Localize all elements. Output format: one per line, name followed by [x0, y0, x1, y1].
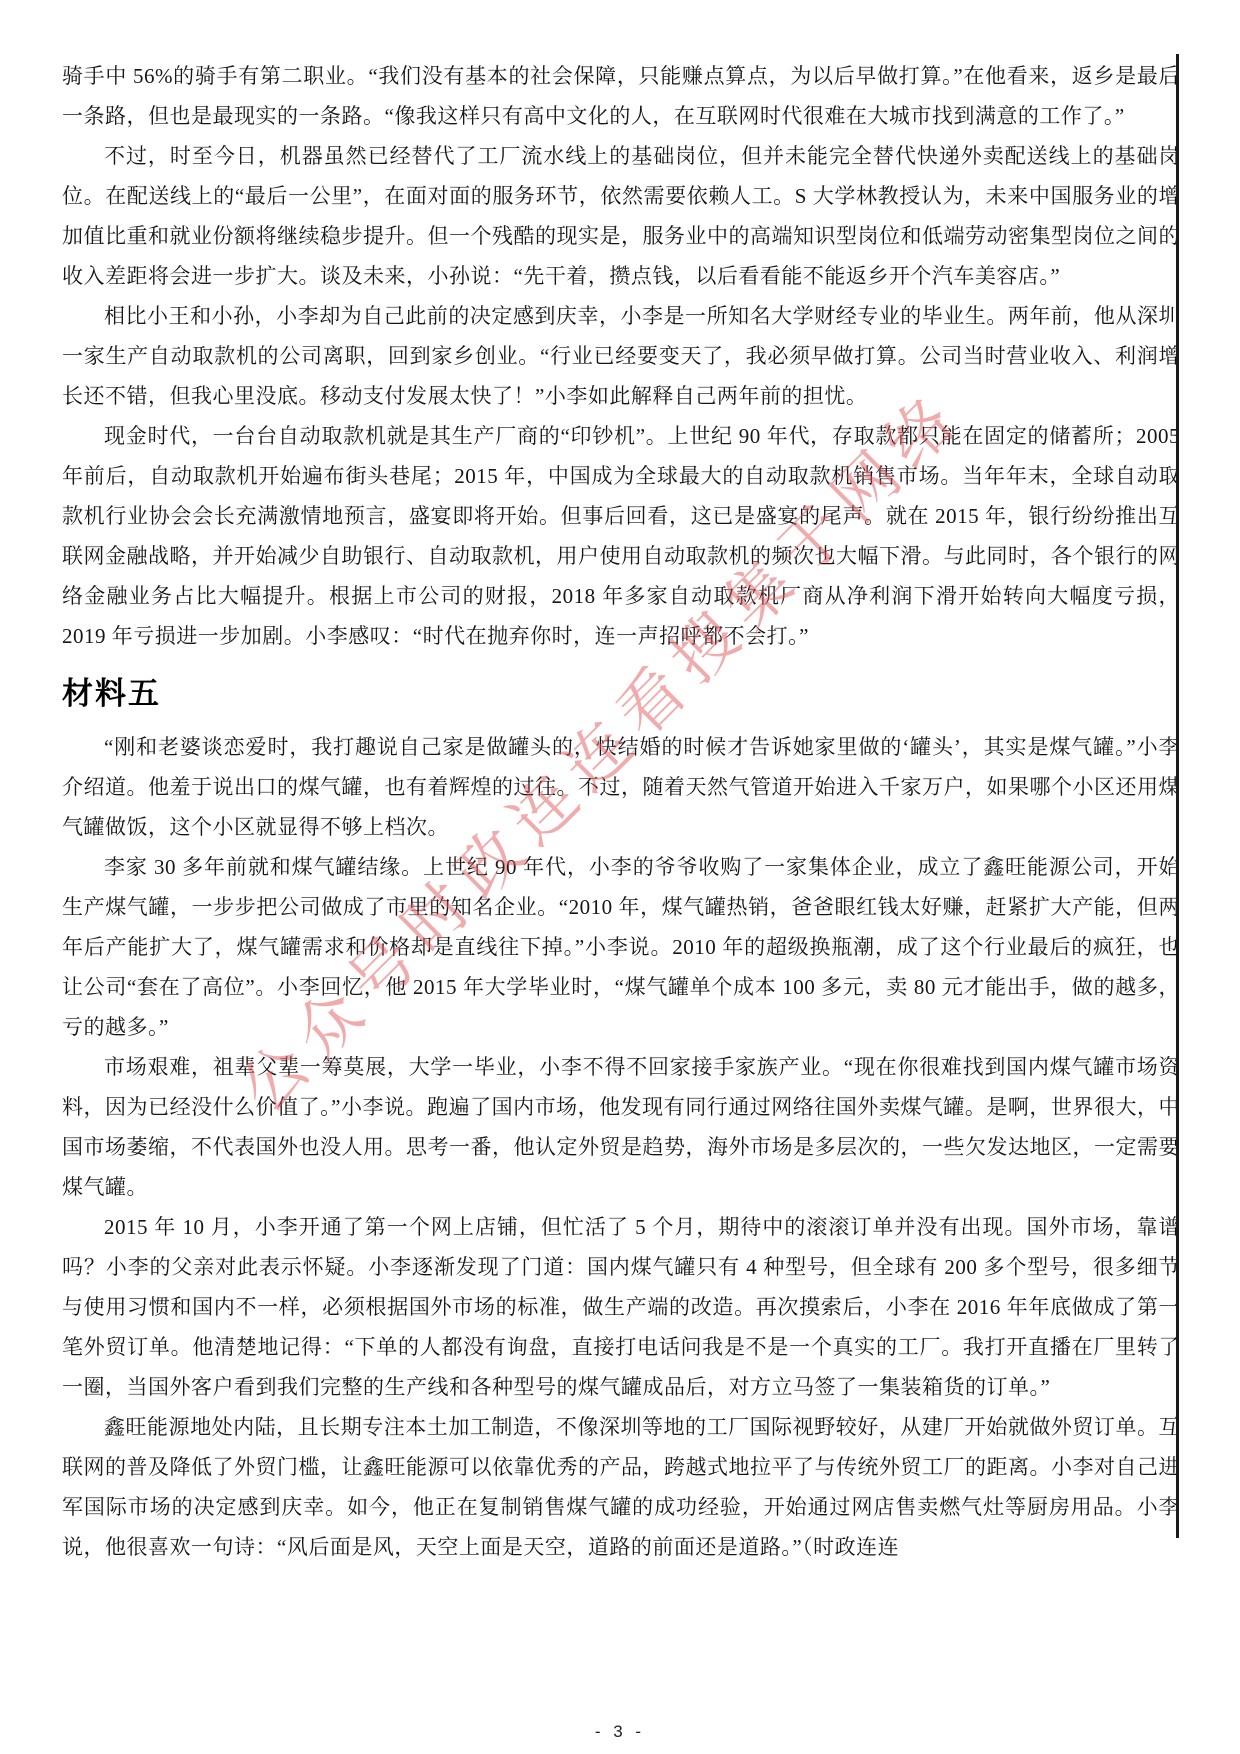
- paragraph: “刚和老婆谈恋爱时，我打趣说自己家是做罐头的，快结婚的时候才告诉她家里做的‘罐头…: [62, 727, 1180, 847]
- paragraph: 骑手中 56%的骑手有第二职业。“我们没有基本的社会保障，只能赚点算点，为以后早…: [62, 56, 1180, 136]
- paragraph: 2015 年 10 月，小李开通了第一个网上店铺，但忙活了 5 个月，期待中的滚…: [62, 1207, 1180, 1407]
- material-heading: 材料五: [62, 668, 1180, 713]
- paragraph: 李家 30 多年前就和煤气罐结缘。上世纪 90 年代，小李的爷爷收购了一家集体企…: [62, 847, 1180, 1047]
- paragraph: 不过，时至今日，机器虽然已经替代了工厂流水线上的基础岗位，但并未能完全替代快递外…: [62, 136, 1180, 296]
- document-content: 骑手中 56%的骑手有第二职业。“我们没有基本的社会保障，只能赚点算点，为以后早…: [62, 56, 1180, 1567]
- scan-artifact-line: [1176, 54, 1179, 1538]
- page-number: - 3 -: [0, 1722, 1240, 1742]
- paragraph: 相比小王和小孙，小李却为自己此前的决定感到庆幸，小李是一所知名大学财经专业的毕业…: [62, 296, 1180, 416]
- paragraph: 鑫旺能源地处内陆，且长期专注本土加工制造，不像深圳等地的工厂国际视野较好，从建厂…: [62, 1407, 1180, 1567]
- document-page: 公众号时政连连看搜集于网络 骑手中 56%的骑手有第二职业。“我们没有基本的社会…: [0, 0, 1240, 1754]
- paragraph: 市场艰难，祖辈父辈一筹莫展，大学一毕业，小李不得不回家接手家族产业。“现在你很难…: [62, 1047, 1180, 1207]
- paragraph: 现金时代，一台台自动取款机就是其生产厂商的“印钞机”。上世纪 90 年代，存取款…: [62, 416, 1180, 656]
